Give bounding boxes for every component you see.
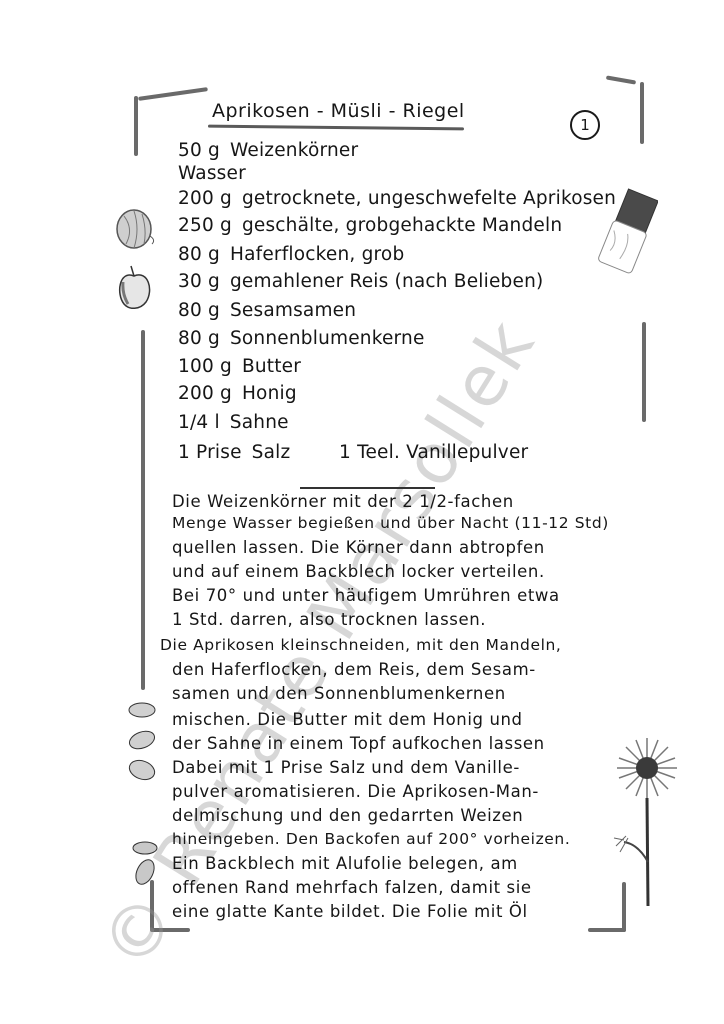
- ingredient-qty: 200 g: [178, 188, 232, 209]
- instruction-line: Menge Wasser begießen und über Nacht (11…: [172, 514, 609, 532]
- instruction-line: mischen. Die Butter mit dem Honig und: [172, 710, 523, 729]
- recipe-title: Aprikosen - Müsli - Riegel: [212, 100, 465, 122]
- border-left-top: [134, 96, 138, 156]
- almond-icon: [124, 700, 160, 790]
- border-top-left: [138, 87, 208, 101]
- instruction-line: pulver aromatisieren. Die Aprikosen-Man-: [172, 782, 539, 801]
- instruction-line: und auf einem Backblech locker verteilen…: [172, 562, 545, 581]
- ingredient-name: getrocknete, ungeschwefelte Aprikosen: [242, 188, 616, 209]
- border-top-right: [606, 75, 636, 84]
- ingredient-qty: 80 g: [178, 244, 220, 265]
- ingredient-name: Salz 1 Teel. Vanillepulver: [252, 442, 529, 463]
- ingredient-qty: 200 g: [178, 383, 232, 404]
- ingredient-item: 200 gHonig: [178, 383, 297, 404]
- instruction-line: Ein Backblech mit Alufolie belegen, am: [172, 854, 518, 873]
- walnut-icon: [114, 206, 158, 252]
- ingredient-item: 80 gSonnenblumenkerne: [178, 328, 425, 349]
- instruction-line: Bei 70° und unter häufigem Umrühren etwa: [172, 586, 560, 605]
- instruction-line: samen und den Sonnenblumenkernen: [172, 684, 506, 703]
- page-number: 1: [570, 110, 600, 140]
- instruction-line: Dabei mit 1 Prise Salz und dem Vanille-: [172, 758, 520, 777]
- chocolate-bar-icon: [598, 186, 658, 280]
- instruction-line: eine glatte Kante bildet. Die Folie mit …: [172, 902, 528, 921]
- ingredient-name: Wasser: [178, 163, 246, 184]
- almond-icon: [128, 838, 162, 888]
- border-right-top: [640, 82, 644, 144]
- border-bottom-right: [588, 928, 626, 932]
- title-underline: [208, 125, 464, 131]
- ingredient-qty: 30 g: [178, 271, 220, 292]
- instruction-line: den Haferflocken, dem Reis, dem Sesam-: [172, 660, 536, 679]
- ingredient-name: Sesamsamen: [230, 300, 356, 321]
- instruction-line: delmischung und den gedarrten Weizen: [172, 806, 523, 825]
- ingredient-name: Weizenkörner: [230, 140, 358, 161]
- instruction-line: der Sahne in einem Topf aufkochen lassen: [172, 734, 545, 753]
- ingredient-item: 80 gSesamsamen: [178, 300, 356, 321]
- ingredient-item: 1/4 lSahne: [178, 412, 289, 433]
- recipe-page: © Renate Marsollek Aprikosen - Müsli - R…: [0, 0, 724, 1024]
- border-left-middle: [141, 330, 145, 690]
- ingredient-qty: 100 g: [178, 356, 232, 377]
- instruction-line: hineingeben. Den Backofen auf 200° vorhe…: [172, 830, 570, 848]
- ingredient-item: 250 ggeschälte, grobgehackte Mandeln: [178, 215, 562, 236]
- ingredient-name: Sonnenblumenkerne: [230, 328, 425, 349]
- ingredient-item: 30 ggemahlener Reis (nach Belieben): [178, 271, 543, 292]
- ingredient-qty: 80 g: [178, 328, 220, 349]
- instruction-line: offenen Rand mehrfach falzen, damit sie: [172, 878, 532, 897]
- ingredient-name: Sahne: [230, 412, 289, 433]
- instruction-line: Die Weizenkörner mit der 2 1/2-fachen: [172, 492, 514, 511]
- ingredient-qty: 50 g: [178, 140, 220, 161]
- ingredient-qty: 250 g: [178, 215, 232, 236]
- ingredient-item: 200 ggetrocknete, ungeschwefelte Aprikos…: [178, 188, 616, 209]
- ingredient-name: geschälte, grobgehackte Mandeln: [242, 215, 562, 236]
- ingredient-item: 80 gHaferflocken, grob: [178, 244, 404, 265]
- ingredient-name: Honig: [242, 383, 297, 404]
- apple-icon: [114, 264, 154, 314]
- section-divider: [300, 487, 435, 489]
- ingredient-item: 100 gButter: [178, 356, 301, 377]
- border-right-middle: [642, 322, 646, 422]
- ingredient-qty: 1 Prise: [178, 442, 242, 463]
- sunflower-icon: [612, 732, 682, 912]
- ingredient-item: 1 PriseSalz 1 Teel. Vanillepulver: [178, 442, 528, 463]
- instruction-line: quellen lassen. Die Körner dann abtropfe…: [172, 538, 545, 557]
- ingredient-name: Butter: [242, 356, 301, 377]
- ingredient-item: Wasser: [178, 163, 246, 184]
- ingredient-item: 50 gWeizenkörner: [178, 140, 358, 161]
- ingredient-qty: 1/4 l: [178, 412, 220, 433]
- ingredient-name: Haferflocken, grob: [230, 244, 404, 265]
- instruction-line: 1 Std. darren, also trocknen lassen.: [172, 610, 486, 629]
- ingredient-name: gemahlener Reis (nach Belieben): [230, 271, 543, 292]
- ingredient-qty: 80 g: [178, 300, 220, 321]
- instruction-line: Die Aprikosen kleinschneiden, mit den Ma…: [160, 636, 561, 654]
